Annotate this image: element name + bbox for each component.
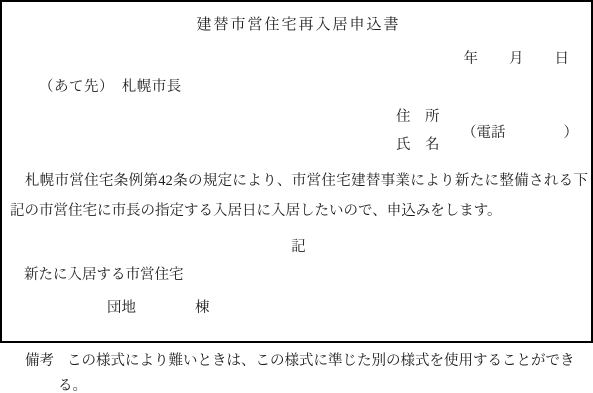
- form-border-box: 建替市営住宅再入居申込書 年 月 日 （あて先） 札幌市長 住 所 （電話 ） …: [0, 0, 593, 343]
- estate-suffix-label: 団地: [107, 296, 136, 317]
- address-label: 住 所: [396, 105, 440, 126]
- new-unit-label: 新たに入居する市営住宅: [24, 263, 184, 284]
- date-line: 年 月 日: [464, 47, 570, 68]
- date-month-label: 月: [509, 47, 524, 68]
- remarks-note: 備考この様式により難いときは、この様式に準じた別の様式を使用することができる。: [25, 349, 582, 393]
- application-form-page: 建替市営住宅再入居申込書 年 月 日 （あて先） 札幌市長 住 所 （電話 ） …: [0, 0, 593, 393]
- body-paragraph: 札幌市営住宅条例第42条の規定により、市営住宅建替事業により新たに整備される下 …: [10, 167, 588, 226]
- building-suffix-label: 棟: [195, 296, 210, 317]
- section-marker-ki: 記: [2, 235, 593, 256]
- date-day-label: 日: [555, 47, 570, 68]
- form-title: 建替市営住宅再入居申込書: [2, 13, 593, 34]
- body-line-2: 記の市営住宅に市長の指定する入居日に入居したいので、申込みをします。: [10, 197, 588, 227]
- addressee-line: （あて先） 札幌市長: [39, 75, 182, 96]
- body-line-1: 札幌市営住宅条例第42条の規定により、市営住宅建替事業により新たに整備される下: [10, 167, 588, 197]
- remarks-text: この様式により難いときは、この様式に準じた別の様式を使用することができる。: [58, 353, 575, 393]
- remarks-label: 備考: [25, 353, 54, 369]
- phone-label: （電話 ）: [462, 121, 578, 142]
- name-label: 氏 名: [396, 133, 440, 154]
- date-year-label: 年: [464, 47, 479, 68]
